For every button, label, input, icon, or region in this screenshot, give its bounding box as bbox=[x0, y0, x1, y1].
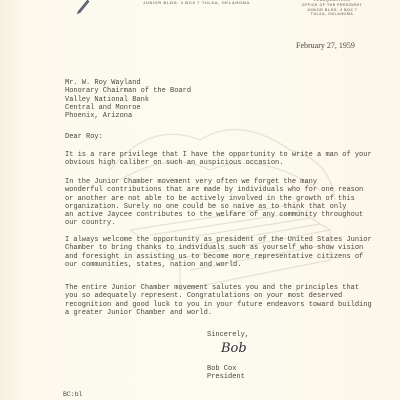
letterhead-address-line: Junior Bldg. 4 Box 7 Tulsa, Oklahoma bbox=[143, 0, 250, 5]
letter-date: February 27, 1959 bbox=[296, 41, 355, 50]
signer-title: President bbox=[207, 373, 245, 381]
paragraph-line: I always welcome the opportunity as pres… bbox=[65, 236, 372, 244]
address-line: Valley National Bank bbox=[65, 96, 191, 104]
letterhead-line: Office of the President bbox=[292, 3, 372, 8]
paragraph-line: and foresight in assisting us to become … bbox=[65, 253, 372, 261]
address-line: Mr. W. Roy Wayland bbox=[65, 79, 191, 87]
salutation: Dear Roy: bbox=[65, 133, 103, 141]
paragraph-line: our country. bbox=[65, 219, 363, 227]
paragraph-line: The entire Junior Chamber movement salut… bbox=[65, 284, 372, 292]
paragraph-line: or another are not able to be actively i… bbox=[65, 195, 363, 203]
closing: Sincerely, bbox=[207, 331, 249, 339]
paragraph-line: recognition and good luck to you in your… bbox=[65, 301, 372, 309]
paragraph-line: you so adequately represent. Congratulat… bbox=[65, 292, 372, 300]
body-paragraph-3: I always welcome the opportunity as pres… bbox=[65, 236, 372, 269]
recipient-address: Mr. W. Roy Wayland Honorary Chairman of … bbox=[65, 79, 191, 120]
pen-logo-icon bbox=[76, 0, 90, 14]
paragraph-line: organization. Surely no one could be so … bbox=[65, 203, 363, 211]
address-line: Phoenix, Arizona bbox=[65, 112, 191, 120]
paragraph-line: an active Jaycee contributes to the welf… bbox=[65, 211, 363, 219]
signer-name: Bob Cox bbox=[207, 365, 245, 373]
paragraph-line: It is a rare privilege that I have the o… bbox=[65, 151, 372, 159]
letterhead-line: Tulsa, Oklahoma bbox=[292, 12, 372, 17]
body-paragraph-2: In the Junior Chamber movement very ofte… bbox=[65, 178, 363, 228]
handwritten-signature: Bob bbox=[221, 341, 247, 356]
body-paragraph-1: It is a rare privilege that I have the o… bbox=[65, 151, 372, 168]
address-line: Honorary Chairman of the Board bbox=[65, 87, 191, 95]
paragraph-line: obvious high caliber on such an auspicio… bbox=[65, 159, 372, 167]
paragraph-line: wonderful contributions that are made by… bbox=[65, 186, 363, 194]
signer-block: Bob Cox President bbox=[207, 365, 245, 382]
paragraph-line: our communities, states, nation and worl… bbox=[65, 261, 372, 269]
paragraph-line: Chamber to bring thanks to individuals s… bbox=[65, 244, 372, 252]
paragraph-line: In the Junior Chamber movement very ofte… bbox=[65, 178, 363, 186]
reference-initials: BC:bl bbox=[63, 391, 83, 399]
body-paragraph-4: The entire Junior Chamber movement salut… bbox=[65, 284, 372, 317]
paragraph-line: a greater Junior Chamber and world. bbox=[65, 309, 372, 317]
address-line: Central and Monroe bbox=[65, 104, 191, 112]
letterhead-office-block: Headquarters Office of the President Jun… bbox=[292, 1, 372, 17]
